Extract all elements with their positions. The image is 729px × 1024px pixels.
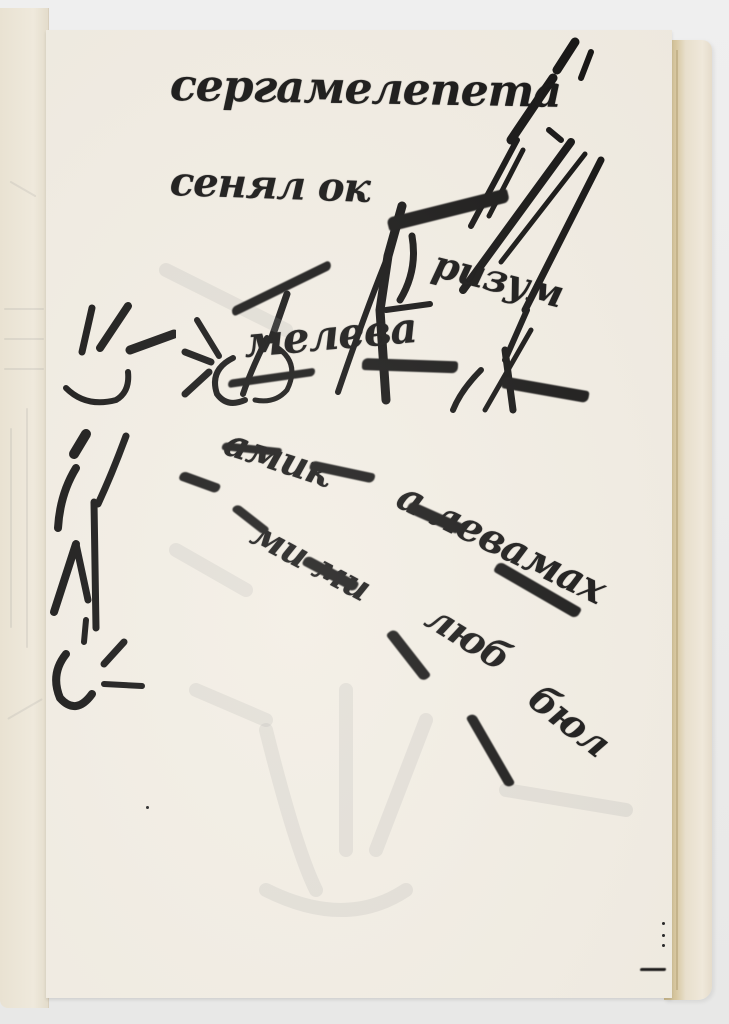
text-line-9: бюл (520, 675, 619, 766)
text-line-1: сергамелепета (170, 60, 562, 118)
ink-speck (662, 944, 665, 947)
ink-speck (662, 934, 665, 937)
dash-stroke (386, 628, 432, 682)
dash-stroke (466, 713, 516, 789)
dash-stroke (178, 470, 221, 494)
left-facing-page (0, 8, 49, 1008)
book-page: сергамелепета сенял ок ризум мелева амик… (46, 30, 672, 998)
text-line-8: люб (418, 593, 518, 679)
sun-rays-icon (46, 300, 176, 420)
figure-bottom-icon (46, 424, 156, 714)
ink-speck (662, 922, 665, 925)
edge-mark (640, 968, 666, 971)
text-line-6: а левамах (390, 472, 613, 613)
ink-speck (146, 806, 149, 809)
text-line-5: амик (219, 419, 338, 496)
text-line-2: сенял ок (169, 158, 370, 212)
